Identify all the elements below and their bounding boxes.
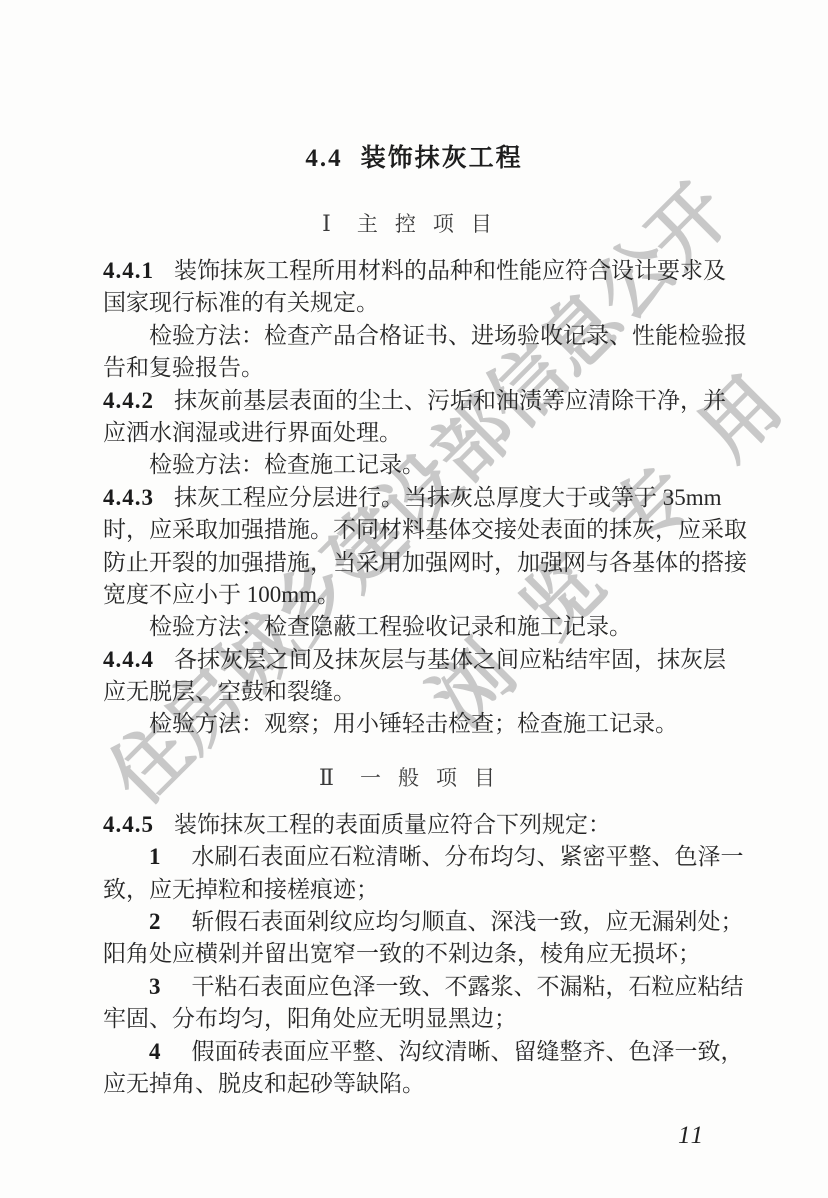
line-text: 装饰抹灰工程的表面质量应符合下列规定： [174,812,611,837]
clause-number: 4.4.3 [103,485,154,510]
text-line: 应洒水润湿或进行界面处理。 [103,417,728,449]
line-text: 宽度不应小于 100mm。 [103,582,340,607]
line-text: 时，应采取加强措施。不同材料基体交接处表面的抹灰，应采取 [103,517,747,542]
text-line: 宽度不应小于 100mm。 [103,579,728,611]
line-text: 抹灰前基层表面的尘土、污垢和油渍等应清除干净，并 [174,388,726,413]
document-title: 4.4装饰抹灰工程 [0,144,828,174]
document-page: 住房城乡建设部信息公开 浏览专用 4.4装饰抹灰工程 Ⅰ主控项目4.4.1装饰抹… [0,0,828,1198]
line-text: 斩假石表面剁纹应均匀顺直、深浅一致，应无漏剁处； [192,909,744,934]
text-line: 阳角处应横剁并留出宽窄一致的不剁边条，棱角应无损坏； [103,938,728,970]
section-numeral: Ⅰ [322,211,331,236]
sub-item-number: 2 [149,909,162,934]
line-text: 检验方法：检查产品合格证书、进场验收记录、性能检验报 [149,323,747,348]
line-text: 致，应无掉粒和接槎痕迹； [103,877,379,902]
section-heading: Ⅱ一般项目 [103,764,728,792]
clause-number: 4.4.5 [103,812,154,837]
line-text: 应无掉角、脱皮和起砂等缺陷。 [103,1071,425,1096]
line-text: 应洒水润湿或进行界面处理。 [103,420,402,445]
line-text: 防止开裂的加强措施，当采用加强网时，加强网与各基体的搭接 [103,550,747,575]
text-line: 致，应无掉粒和接槎痕迹； [103,874,728,906]
title-section-number: 4.4 [305,145,342,172]
line-text: 牢固、分布均匀，阳角处应无明显黑边； [103,1006,517,1031]
line-text: 检验方法：观察；用小锤轻击检查；检查施工记录。 [149,711,678,736]
text-line: 时，应采取加强措施。不同材料基体交接处表面的抹灰，应采取 [103,514,728,546]
text-line: 检验方法：观察；用小锤轻击检查；检查施工记录。 [103,708,728,740]
sub-item-number: 1 [149,844,162,869]
line-text: 检验方法：检查施工记录。 [149,452,425,477]
text-line: 检验方法：检查产品合格证书、进场验收记录、性能检验报 [103,320,728,352]
section-heading: Ⅰ主控项目 [103,210,728,238]
text-line: 1水刷石表面应石粒清晰、分布均匀、紧密平整、色泽一 [103,841,728,873]
text-line: 防止开裂的加强措施，当采用加强网时，加强网与各基体的搭接 [103,547,728,579]
line-text: 阳角处应横剁并留出宽窄一致的不剁边条，棱角应无损坏； [103,941,701,966]
line-text: 抹灰工程应分层进行。当抹灰总厚度大于或等于 35mm [174,485,722,510]
title-text: 装饰抹灰工程 [361,145,523,172]
section-label: 一般项目 [360,766,512,790]
text-line: 4.4.2抹灰前基层表面的尘土、污垢和油渍等应清除干净，并 [103,385,728,417]
section-label: 主控项目 [357,212,509,236]
text-line: 应无掉角、脱皮和起砂等缺陷。 [103,1068,728,1100]
line-text: 假面砖表面应平整、沟纹清晰、留缝整齐、色泽一致， [192,1039,744,1064]
line-text: 应无脱层、空鼓和裂缝。 [103,679,356,704]
sub-item-number: 4 [149,1039,162,1064]
text-line: 检验方法：检查施工记录。 [103,449,728,481]
line-text: 告和复验报告。 [103,355,264,380]
text-line: 4.4.4各抹灰层之间及抹灰层与基体之间应粘结牢固，抹灰层 [103,644,728,676]
section-numeral: Ⅱ [319,765,334,790]
text-line: 牢固、分布均匀，阳角处应无明显黑边； [103,1003,728,1035]
page-number: 11 [678,1122,705,1150]
line-text: 国家现行标准的有关规定。 [103,290,379,315]
line-text: 装饰抹灰工程所用材料的品种和性能应符合设计要求及 [174,258,726,283]
clause-number: 4.4.2 [103,388,154,413]
line-text: 水刷石表面应石粒清晰、分布均匀、紧密平整、色泽一 [192,844,744,869]
text-line: 告和复验报告。 [103,352,728,384]
line-text: 干粘石表面应色泽一致、不露浆、不漏粘，石粒应粘结 [192,974,744,999]
text-line: 3干粘石表面应色泽一致、不露浆、不漏粘，石粒应粘结 [103,971,728,1003]
text-line: 应无脱层、空鼓和裂缝。 [103,676,728,708]
line-text: 各抹灰层之间及抹灰层与基体之间应粘结牢固，抹灰层 [174,647,726,672]
text-line: 4.4.3抹灰工程应分层进行。当抹灰总厚度大于或等于 35mm [103,482,728,514]
clause-number: 4.4.4 [103,647,154,672]
text-line: 2斩假石表面剁纹应均匀顺直、深浅一致，应无漏剁处； [103,906,728,938]
text-line: 国家现行标准的有关规定。 [103,287,728,319]
text-line: 4.4.5装饰抹灰工程的表面质量应符合下列规定： [103,809,728,841]
line-text: 检验方法：检查隐蔽工程验收记录和施工记录。 [149,614,632,639]
text-line: 检验方法：检查隐蔽工程验收记录和施工记录。 [103,611,728,643]
text-line: 4假面砖表面应平整、沟纹清晰、留缝整齐、色泽一致， [103,1036,728,1068]
text-line: 4.4.1装饰抹灰工程所用材料的品种和性能应符合设计要求及 [103,255,728,287]
clause-number: 4.4.1 [103,258,154,283]
document-body: Ⅰ主控项目4.4.1装饰抹灰工程所用材料的品种和性能应符合设计要求及国家现行标准… [103,210,728,1100]
sub-item-number: 3 [149,974,162,999]
